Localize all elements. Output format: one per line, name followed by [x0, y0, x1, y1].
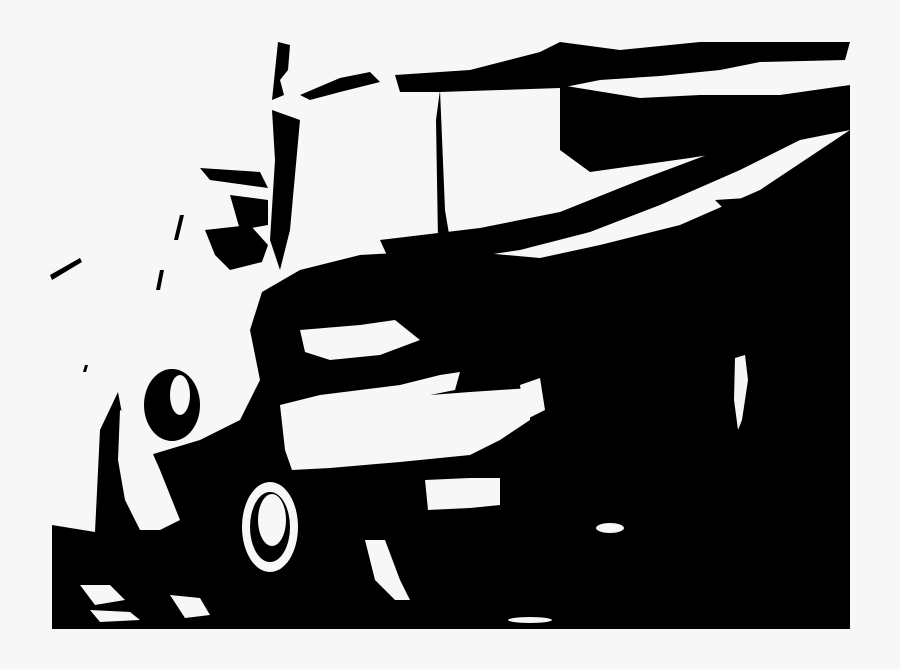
crash-stencil-illustration: [0, 0, 900, 669]
bumper-panel: [425, 478, 500, 510]
headlight: [144, 369, 200, 441]
flying-debris: [50, 215, 184, 372]
front-wheel: [242, 482, 298, 572]
